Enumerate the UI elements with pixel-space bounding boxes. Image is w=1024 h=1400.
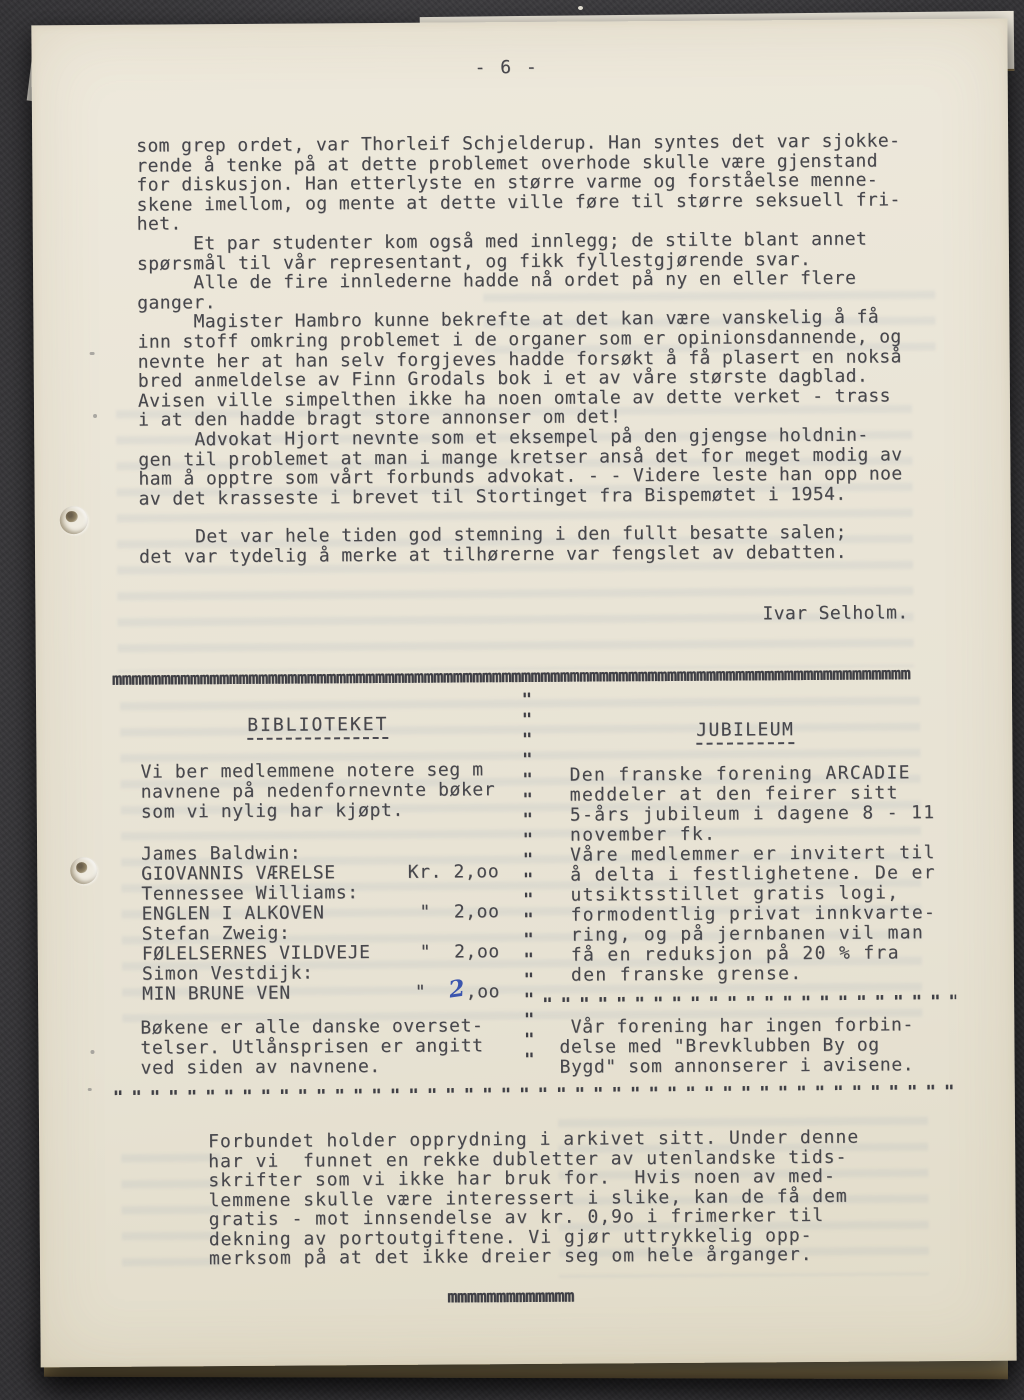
closing-m-line: mmmmmmmmmmmmm bbox=[447, 1285, 607, 1310]
book-row: ENGLEN I ALKOVEN" 2,oo bbox=[141, 902, 499, 924]
divider-quote-line-full: " " " " " " " " " " " " " " " " " " " " … bbox=[113, 1083, 957, 1109]
pencil-mark bbox=[90, 1050, 94, 1054]
section-title-jubileum: JUBILEUM bbox=[696, 720, 794, 744]
paragraph: Det var hele tiden god stemning i den fu… bbox=[139, 522, 939, 567]
book-row: FØLELSERNES VILDVEJE" 2,oo bbox=[142, 942, 500, 964]
book-price: " 2,oo bbox=[419, 902, 499, 923]
pencil-mark bbox=[90, 352, 95, 355]
document-page: - 6 - som grep ordet, var Thorleif Schje… bbox=[31, 19, 1016, 1368]
article-body: som grep ordet, var Thorleif Schjelderup… bbox=[136, 131, 939, 567]
divider-quote-line-right: " " " " " " " " " " " " " " " " " " " " … bbox=[542, 993, 956, 1016]
ink-bleed-through bbox=[121, 1144, 222, 1275]
book-price: Kr. 2,oo bbox=[408, 862, 500, 883]
pencil-mark bbox=[93, 414, 97, 418]
book-title: ENGLEN I ALKOVEN bbox=[141, 903, 324, 924]
book-row: GIOVANNIS VÆRELSEKr. 2,oo bbox=[141, 862, 499, 884]
divider-m-line: mmmmmmmmmmmmmmmmmmmmmmmmmmmmmmmmmmmmmmmm… bbox=[112, 663, 912, 693]
punch-hole bbox=[60, 506, 88, 534]
dust-speck bbox=[578, 6, 583, 10]
jubilee-disclaimer: Vår forening har ingen forbin- delse med… bbox=[559, 1015, 959, 1078]
book-list: James Baldwin:GIOVANNIS VÆRELSEKr. 2,ooT… bbox=[141, 842, 500, 1004]
book-title: MIN BRUNE VEN bbox=[142, 984, 291, 1005]
book-price: " 2,oo bbox=[415, 982, 500, 1003]
handwritten-ink-correction: 2 bbox=[448, 981, 466, 997]
paragraph: Advokat Hjort nevnte som et eksempel på … bbox=[138, 425, 939, 509]
photo-background: - 6 - som grep ordet, var Thorleif Schje… bbox=[0, 0, 1024, 1400]
book-title: GIOVANNIS VÆRELSE bbox=[141, 863, 336, 884]
archive-notice: Forbundet holder opprydning i arkivet si… bbox=[208, 1127, 889, 1268]
book-price: " 2,oo bbox=[420, 942, 500, 963]
pencil-mark bbox=[88, 1088, 92, 1091]
book-title: FØLELSERNES VILDVEJE bbox=[142, 943, 371, 965]
paragraph: som grep ordet, var Thorleif Schjelderup… bbox=[136, 131, 937, 235]
book-row: MIN BRUNE VEN" 2,oo bbox=[142, 982, 500, 1004]
jubilee-announcement: Den franske forening ARCADIE meddeler at… bbox=[570, 763, 972, 986]
paragraph: Magister Hambro kunne bekrefte at det ka… bbox=[137, 307, 938, 430]
divider-quote-column: " " " " " " " " " " " " " " " " " " " bbox=[518, 690, 539, 1070]
punch-hole bbox=[70, 857, 97, 884]
page-number: - 6 - bbox=[427, 58, 587, 79]
library-intro: Vi ber medlemmene notere seg m navnene p… bbox=[140, 760, 520, 823]
signature: Ivar Selholm. bbox=[762, 603, 908, 624]
library-outro: Bøkene er alle danske overset- telser. U… bbox=[140, 1016, 520, 1079]
section-title-biblioteket: BIBLIOTEKET bbox=[247, 715, 388, 740]
